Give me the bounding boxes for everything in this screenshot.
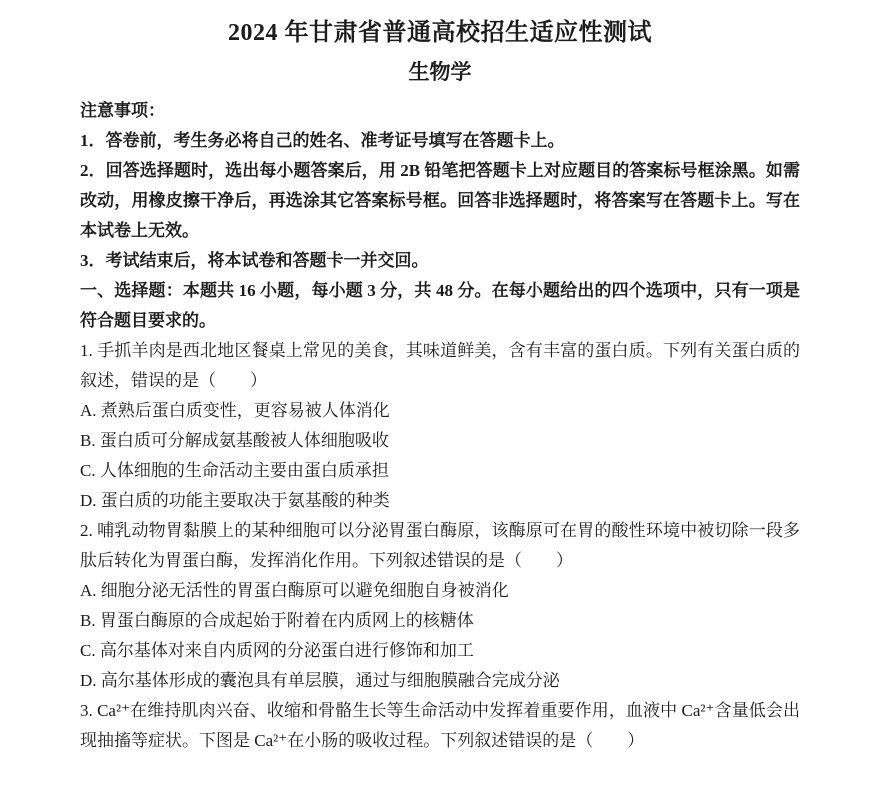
- question-2-stem: 2. 哺乳动物胃黏膜上的某种细胞可以分泌胃蛋白酶原，该酶原可在胃的酸性环境中被切…: [80, 516, 800, 576]
- notice-section: 注意事项： 1．答卷前，考生务必将自己的姓名、准考证号填写在答题卡上。 2．回答…: [80, 96, 800, 276]
- question-1-option-a: A. 煮熟后蛋白质变性，更容易被人体消化: [80, 396, 800, 426]
- section-heading: 一、选择题：本题共 16 小题，每小题 3 分，共 48 分。在每小题给出的四个…: [80, 276, 800, 336]
- question-1-option-d: D. 蛋白质的功能主要取决于氨基酸的种类: [80, 486, 800, 516]
- notice-item-2: 2．回答选择题时，选出每小题答案后，用 2B 铅笔把答题卡上对应题目的答案标号框…: [80, 156, 800, 246]
- notice-item-3: 3．考试结束后，将本试卷和答题卡一并交回。: [80, 246, 800, 276]
- exam-paper-page: 2024 年甘肃省普通高校招生适应性测试 生物学 注意事项： 1．答卷前，考生务…: [0, 0, 872, 795]
- exam-title: 2024 年甘肃省普通高校招生适应性测试: [80, 14, 800, 52]
- question-1-option-c: C. 人体细胞的生命活动主要由蛋白质承担: [80, 456, 800, 486]
- question-1-option-b: B. 蛋白质可分解成氨基酸被人体细胞吸收: [80, 426, 800, 456]
- question-3-stem: 3. Ca²⁺在维持肌肉兴奋、收缩和骨骼生长等生命活动中发挥着重要作用，血液中 …: [80, 696, 800, 756]
- question-2: 2. 哺乳动物胃黏膜上的某种细胞可以分泌胃蛋白酶原，该酶原可在胃的酸性环境中被切…: [80, 516, 800, 696]
- question-2-option-c: C. 高尔基体对来自内质网的分泌蛋白进行修饰和加工: [80, 636, 800, 666]
- question-1-stem: 1. 手抓羊肉是西北地区餐桌上常见的美食，其味道鲜美，含有丰富的蛋白质。下列有关…: [80, 336, 800, 396]
- question-1: 1. 手抓羊肉是西北地区餐桌上常见的美食，其味道鲜美，含有丰富的蛋白质。下列有关…: [80, 336, 800, 516]
- question-2-option-a: A. 细胞分泌无活性的胃蛋白酶原可以避免细胞自身被消化: [80, 576, 800, 606]
- exam-subject: 生物学: [80, 54, 800, 90]
- question-2-option-b: B. 胃蛋白酶原的合成起始于附着在内质网上的核糖体: [80, 606, 800, 636]
- question-3: 3. Ca²⁺在维持肌肉兴奋、收缩和骨骼生长等生命活动中发挥着重要作用，血液中 …: [80, 696, 800, 756]
- question-2-option-d: D. 高尔基体形成的囊泡具有单层膜，通过与细胞膜融合完成分泌: [80, 666, 800, 696]
- notice-item-1: 1．答卷前，考生务必将自己的姓名、准考证号填写在答题卡上。: [80, 126, 800, 156]
- notice-heading: 注意事项：: [80, 96, 800, 126]
